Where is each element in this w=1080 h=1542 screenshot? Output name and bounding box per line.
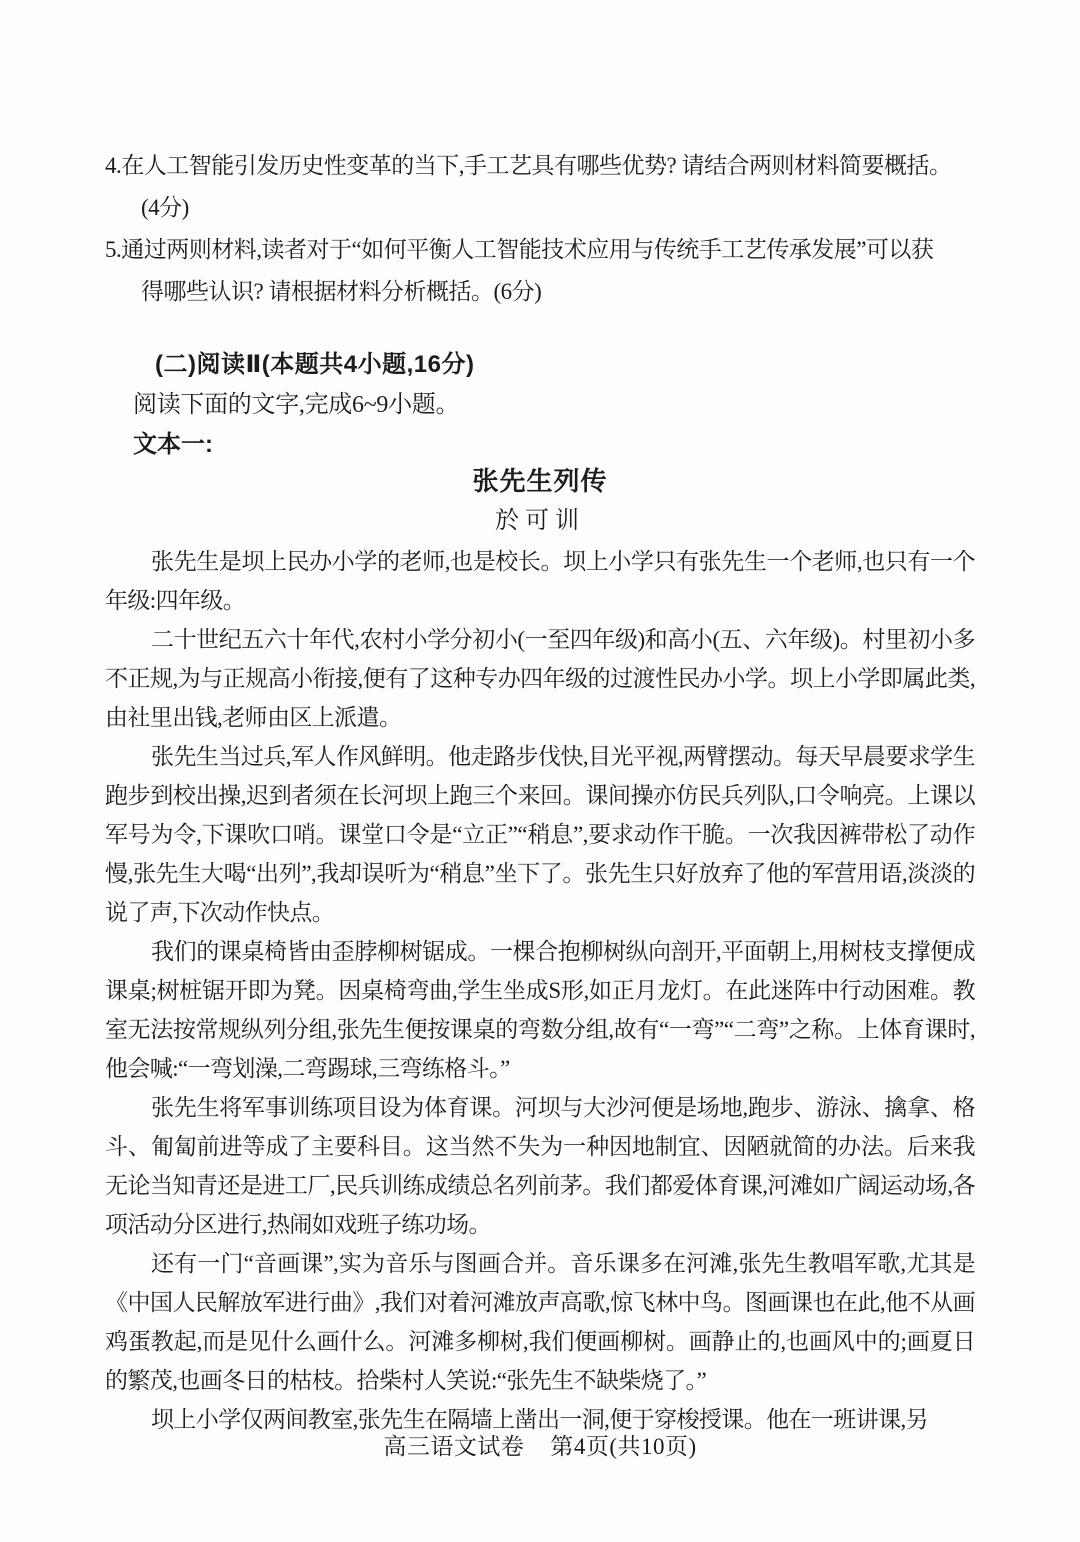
question-4-line-1: 4.在人工智能引发历史性变革的当下,手工艺具有哪些优势? 请结合两则材料简要概括… [105,145,975,187]
footer-page-number: 第4页(共10页) [550,1434,696,1459]
article-paragraph-5: 张先生将军事训练项目设为体育课。河坝与大沙河便是场地,跑步、游泳、擒拿、格斗、匍… [105,1088,975,1244]
reading-instruction: 阅读下面的文字,完成6~9小题。 [133,385,975,425]
page-content: 4.在人工智能引发历史性变革的当下,手工艺具有哪些优势? 请结合两则材料简要概括… [105,0,975,1439]
article-paragraph-2: 二十世纪五六十年代,农村小学分初小(一至四年级)和高小(五、六年级)。村里初小多… [105,620,975,737]
article-title: 张先生列传 [105,461,975,501]
article-paragraph-4: 我们的课桌椅皆由歪脖柳树锯成。一棵合抱柳树纵向剖开,平面朝上,用树枝支撑便成课桌… [105,932,975,1088]
footer-doc-title: 高三语文试卷 [383,1434,524,1459]
article-paragraph-1: 张先生是坝上民办小学的老师,也是校长。坝上小学只有张先生一个老师,也只有一个年级… [105,542,975,620]
article-body: 张先生是坝上民办小学的老师,也是校长。坝上小学只有张先生一个老师,也只有一个年级… [105,542,975,1439]
questions-block: 4.在人工智能引发历史性变革的当下,手工艺具有哪些优势? 请结合两则材料简要概括… [105,145,975,313]
question-4-score: (4分) [141,187,975,229]
article-paragraph-6: 还有一门“音画课”,实为音乐与图画合并。音乐课多在河滩,张先生教唱军歌,尤其是《… [105,1244,975,1400]
question-5-line-2: 得哪些认识? 请根据材料分析概括。(6分) [141,271,975,313]
section-block: (二)阅读Ⅱ(本题共4小题,16分) 阅读下面的文字,完成6~9小题。 文本一: [133,345,975,465]
section-header: (二)阅读Ⅱ(本题共4小题,16分) [133,345,975,385]
article-paragraph-3: 张先生当过兵,军人作风鲜明。他走路步伐快,目光平视,两臂摆动。每天早晨要求学生跑… [105,737,975,932]
article-author: 於可训 [105,501,975,541]
text-one-label: 文本一: [133,425,975,465]
question-5-line-1: 5.通过两则材料,读者对于“如何平衡人工智能技术应用与传统手工艺传承发展”可以获 [105,229,975,271]
page-footer: 高三语文试卷第4页(共10页) [0,1432,1080,1462]
exam-page: 4.在人工智能引发历史性变革的当下,手工艺具有哪些优势? 请结合两则材料简要概括… [0,0,1080,1542]
